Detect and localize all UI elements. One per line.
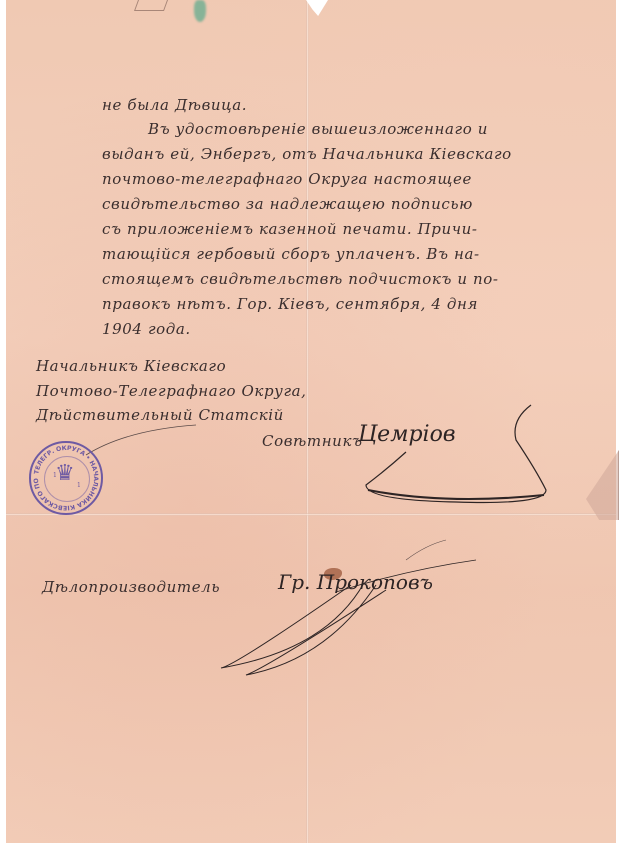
body-line-7: тающійся гербовый сборъ уплаченъ. Въ на- [102, 245, 480, 263]
signatory-line-3: Дѣйствительный Статскій [36, 406, 284, 424]
official-stamp: ТЕЛЕГР. ОКРУГА • НАЧАЛЬНИКА КІЕВСКАГО ПО… [29, 441, 103, 515]
signatory-line-2: Почтово-Телеграфнаго Округа, [36, 382, 307, 400]
body-line-4: почтово-телеграфнаго Округа настоящее [102, 170, 472, 188]
clerk-title: Дѣлопроизводитель [42, 578, 220, 596]
clerk-signature: Гр. Прокоповъ [278, 570, 433, 594]
body-line-9: правокъ нѣтъ. Гор. Кіевъ, сентября, 4 дн… [102, 295, 478, 313]
body-line-6: съ приложеніемъ казенной печати. Причи- [102, 220, 478, 238]
body-line-8: стоящемъ свидѣтельствѣ подчистокъ и по- [102, 270, 499, 288]
body-line-5: свидѣтельство за надлежащею подписью [102, 195, 473, 213]
body-line-1: не была Дѣвица. [102, 96, 247, 114]
body-line-3: выданъ ей, Энбергъ, отъ Начальника Кіевс… [102, 145, 512, 163]
signatory-line-1: Начальникъ Кіевскаго [36, 357, 226, 375]
svg-text:1: 1 [77, 482, 81, 489]
certificate-body: не была Дѣвица. Въ удостовѣреніе вышеизл… [6, 0, 616, 843]
signatory-line-4: Совѣтникъ [262, 432, 363, 450]
body-line-3-text: выданъ ей, Энбергъ, отъ Начальника Кіевс… [102, 145, 512, 163]
document-page: не была Дѣвица. Въ удостовѣреніе вышеизл… [6, 0, 616, 843]
double-headed-eagle-icon: ♛ [55, 463, 75, 485]
body-line-10: 1904 года. [102, 320, 191, 338]
chief-signature: Цемріов [358, 422, 456, 447]
body-line-2: Въ удостовѣреніе вышеизложеннаго и [148, 120, 488, 138]
